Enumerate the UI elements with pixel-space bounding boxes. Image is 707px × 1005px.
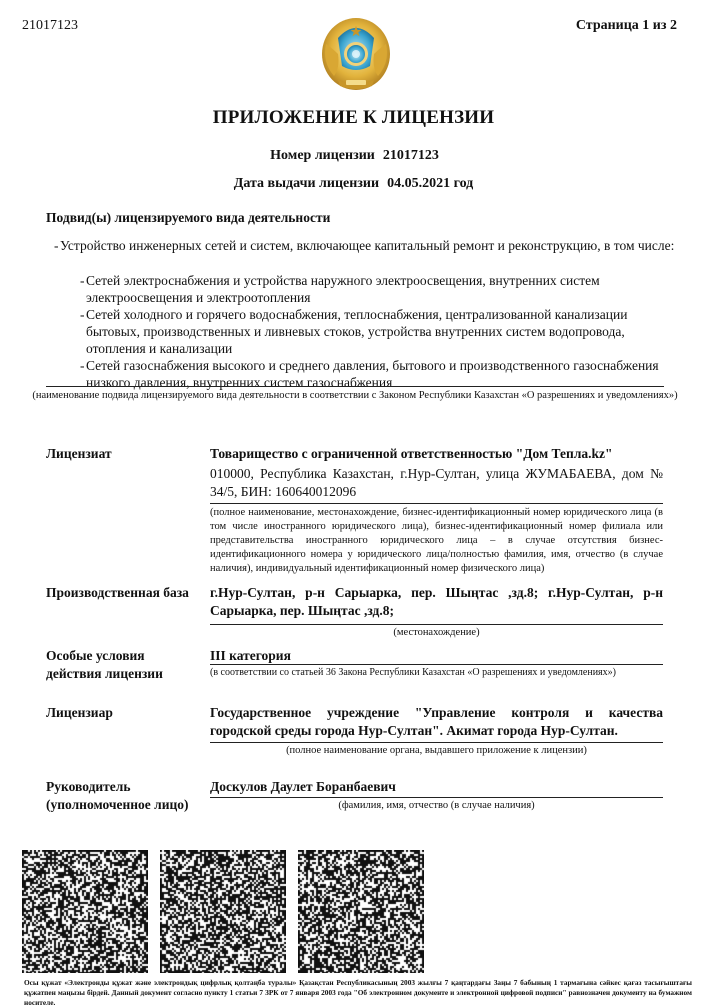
head-caption: (фамилия, имя, отчество (в случае наличи… [210,799,663,812]
subtype-item: - Сетей холодного и горячего водоснабжен… [86,306,676,357]
subtype-item: - Сетей электроснабжения и устройства на… [86,272,676,306]
subtype-text: Сетей электроснабжения и устройства нару… [86,273,600,305]
2d-barcode-icon [22,850,148,973]
production-base-value: г.Нур-Султан, р-н Сарыарка, пер. Шыңтас … [210,584,663,620]
dash-bullet-icon: - [80,306,85,323]
2d-barcode-icon [160,850,286,973]
subtype-item: - Устройство инженерных сетей и систем, … [60,237,685,254]
document-title: ПРИЛОЖЕНИЕ К ЛИЦЕНЗИИ [0,107,707,129]
license-number-row: Номер лицензии21017123 [0,148,707,164]
subtypes-heading: Подвид(ы) лицензируемого вида деятельнос… [46,210,330,226]
licensor-caption: (полное наименование органа, выдавшего п… [210,744,663,757]
licensor-label: Лицензиар [46,704,113,722]
subtype-text: Сетей холодного и горячего водоснабжения… [86,307,627,356]
divider [210,624,663,625]
licensee-address: 010000, Республика Казахстан, г.Нур-Султ… [210,465,663,501]
divider [210,664,663,665]
licensee-caption: (полное наименование, местонахождение, б… [210,506,663,576]
production-base-label: Производственная база [46,584,189,602]
subtype-text: Устройство инженерных сетей и систем, вк… [60,238,674,253]
special-conditions-caption: (в соответствии со статьей 36 Закона Рес… [210,666,663,679]
divider [210,503,663,504]
special-conditions-label: Особые условия действия лицензии [46,647,196,683]
head-label: Руководитель (уполномоченное лицо) [46,778,206,814]
issue-date-value: 04.05.2021 год [387,176,473,191]
license-number-value: 21017123 [383,148,439,163]
divider [210,797,663,798]
2d-barcode-icon [298,850,424,973]
footer-legal-note: Осы құжат «Электронды құжат және электро… [24,978,692,1005]
head-value: Доскулов Даулет Боранбаевич [210,778,663,796]
licensor-value: Государственное учреждение "Управление к… [210,704,663,740]
dash-bullet-icon: - [54,237,59,254]
special-conditions-value: III категория [210,647,663,665]
dash-bullet-icon: - [80,272,85,289]
subtypes-caption: (наименование подвида лицензируемого вид… [30,389,680,402]
licensee-label: Лицензиат [46,445,112,463]
licensee-name: Товарищество с ограниченной ответственно… [210,445,663,463]
production-base-caption: (местонахождение) [210,626,663,639]
issue-date-label: Дата выдачи лицензии [234,176,379,191]
divider [46,386,664,387]
dash-bullet-icon: - [80,357,85,374]
state-emblem-icon [318,10,394,94]
license-number-label: Номер лицензии [270,148,375,163]
document-number: 21017123 [22,18,78,34]
divider [210,742,663,743]
issue-date-row: Дата выдачи лицензии04.05.2021 год [0,176,707,192]
page-indicator: Страница 1 из 2 [576,18,677,34]
